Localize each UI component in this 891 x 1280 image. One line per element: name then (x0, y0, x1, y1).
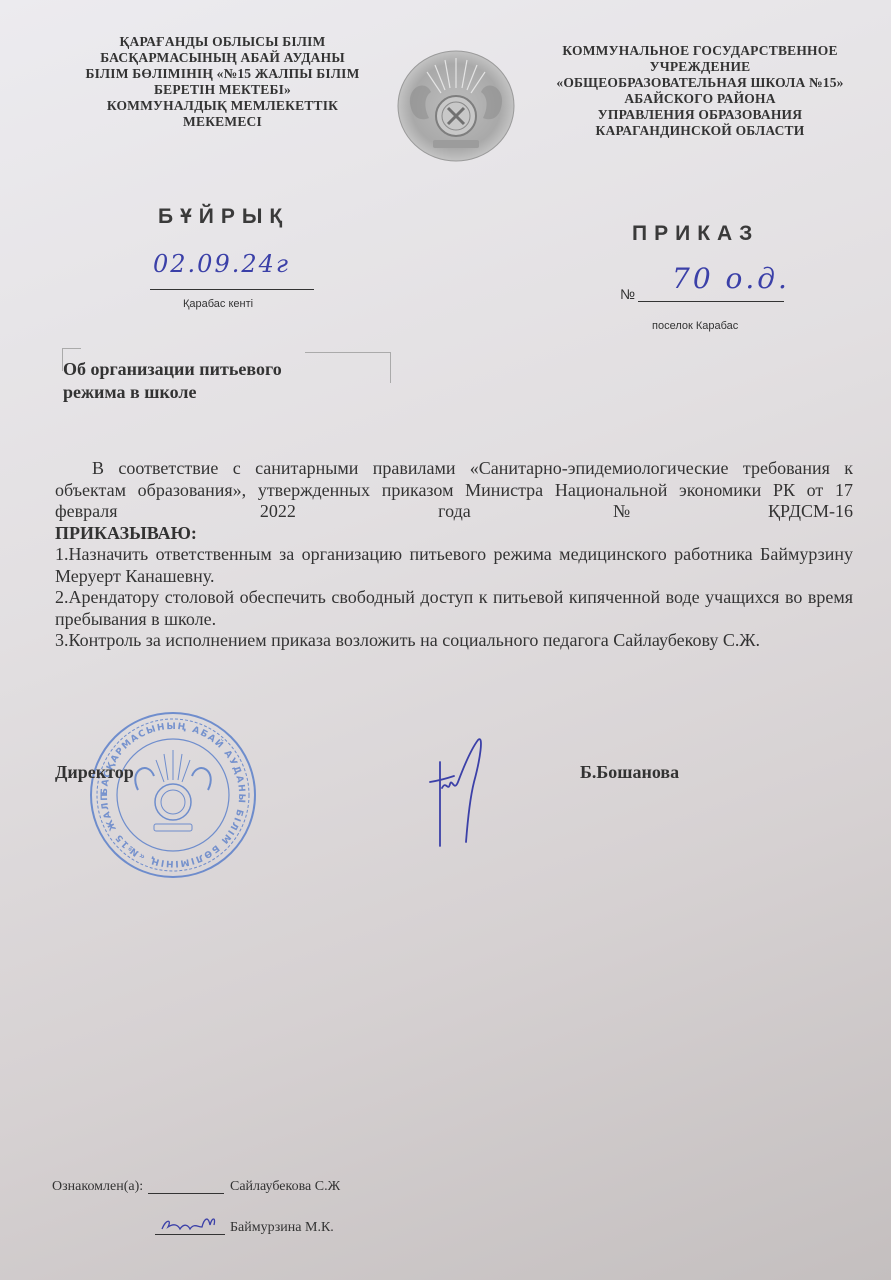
header-kz-line: БАСҚАРМАСЫНЫҢ АБАЙ АУДАНЫ (60, 50, 385, 66)
header-kz-line: ҚАРАҒАНДЫ ОБЛЫСЫ БІЛІМ (60, 34, 385, 50)
header-kz-line: КОММУНАЛДЫҚ МЕМЛЕКЕТТІК (60, 98, 385, 114)
svg-text:БАСҚАРМАСЫНЫҢ АБАЙ АУДАНЫ БІЛІ: БАСҚАРМАСЫНЫҢ АБАЙ АУДАНЫ БІЛІМ БӨЛІМІНІ… (88, 710, 246, 868)
header-kz-line: БЕРЕТІН МЕКТЕБІ» (60, 82, 385, 98)
director-signature-icon (428, 736, 492, 854)
order-subject: Об организации питьевого режима в школе (63, 358, 282, 404)
round-seal-stamp-icon: БАСҚАРМАСЫНЫҢ АБАЙ АУДАНЫ БІЛІМ БӨЛІМІНІ… (88, 710, 258, 880)
order-body: В соответствие с санитарными правилами «… (55, 458, 853, 652)
location-ru: поселок Карабас (652, 320, 738, 332)
preamble: В соответствие с санитарными правилами «… (55, 458, 853, 523)
header-kz-line: МЕКЕМЕСІ (60, 114, 385, 130)
acknowledgement-signature-line (155, 1234, 225, 1235)
signatory-name: Б.Бошанова (580, 762, 679, 783)
subject-corner-mark (305, 352, 391, 383)
acknowledged-person: Сайлаубекова С.Ж (230, 1179, 340, 1195)
header-ru-line: КОММУНАЛЬНОЕ ГОСУДАРСТВЕННОЕ (530, 43, 870, 59)
header-kz: ҚАРАҒАНДЫ ОБЛЫСЫ БІЛІМ БАСҚАРМАСЫНЫҢ АБА… (60, 34, 385, 130)
header-ru: КОММУНАЛЬНОЕ ГОСУДАРСТВЕННОЕ УЧРЕЖДЕНИЕ … (530, 43, 870, 139)
date-underline (150, 289, 314, 290)
order-number-handwritten: 70 о.д. (672, 262, 790, 295)
acknowledged-person: Баймурзина М.К. (230, 1220, 334, 1236)
state-emblem-icon (395, 48, 517, 163)
order-date-handwritten: 02.09.24г (153, 250, 290, 278)
order-item: 2.Арендатору столовой обеспечить свободн… (55, 587, 853, 630)
acknowledgement-signature-line (148, 1193, 224, 1194)
location-kz: Қарабас кенті (183, 298, 253, 310)
subject-line: Об организации питьевого (63, 358, 282, 381)
header-ru-line: КАРАГАНДИНСКОЙ ОБЛАСТИ (530, 123, 870, 139)
acknowledgement-label: Ознакомлен(а): (52, 1179, 143, 1195)
number-underline (638, 301, 784, 302)
order-number-label: № (620, 286, 635, 302)
header-ru-line: УЧРЕЖДЕНИЕ (530, 59, 870, 75)
subject-line: режима в школе (63, 381, 282, 404)
doc-type-kz: БҰЙРЫҚ (158, 205, 289, 229)
header-ru-line: «ОБЩЕОБРАЗОВАТЕЛЬНАЯ ШКОЛА №15» (530, 75, 870, 91)
order-directive: ПРИКАЗЫВАЮ: (55, 523, 853, 545)
signatory-position: Директор (55, 762, 134, 783)
header-kz-line: БІЛІМ БӨЛІМІНІҢ «№15 ЖАЛПЫ БІЛІМ (60, 66, 385, 82)
order-item: 3.Контроль за исполнением приказа возлож… (55, 630, 853, 652)
header-ru-line: УПРАВЛЕНИЯ ОБРАЗОВАНИЯ (530, 107, 870, 123)
order-item: 1.Назначить ответственным за организацию… (55, 544, 853, 587)
header-ru-line: АБАЙСКОГО РАЙОНА (530, 91, 870, 107)
doc-type-ru: ПРИКАЗ (632, 222, 759, 246)
acknowledgement-signature-icon (158, 1213, 224, 1235)
